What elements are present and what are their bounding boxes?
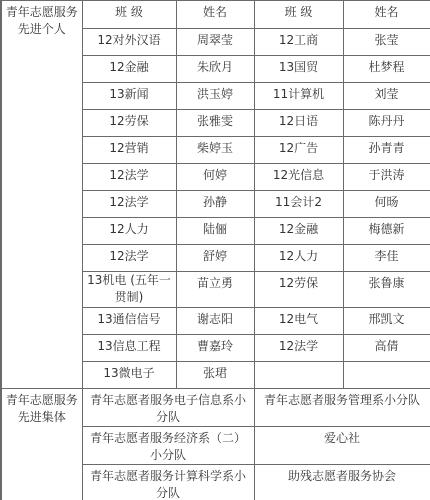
class-cell: 12人力	[254, 245, 343, 272]
name-cell: 曹嘉玲	[176, 335, 254, 362]
class-cell: 12劳保	[82, 110, 176, 137]
name-cell: 舒婷	[176, 245, 254, 272]
name-cell: 刘莹	[343, 83, 430, 110]
class-cell: 12工商	[254, 29, 343, 56]
name-cell: 洪玉婷	[176, 83, 254, 110]
header-name-2: 姓名	[343, 1, 430, 29]
class-cell: 12对外汉语	[82, 29, 176, 56]
name-cell: 苗立勇	[176, 272, 254, 308]
class-cell: 13机电 (五年一贯制)	[82, 272, 176, 308]
class-cell: 12营销	[82, 137, 176, 164]
name-cell: 何旸	[343, 191, 430, 218]
group-cell: 青年志愿者服务经济系（二）小分队	[82, 427, 254, 465]
class-cell: 12法学	[82, 191, 176, 218]
name-cell: 周翠莹	[176, 29, 254, 56]
class-cell: 13通信信号	[82, 308, 176, 335]
class-cell: 12日语	[254, 110, 343, 137]
name-cell: 谢志阳	[176, 308, 254, 335]
name-cell: 张雅雯	[176, 110, 254, 137]
class-cell: 12法学	[82, 164, 176, 191]
name-cell: 陆俪	[176, 218, 254, 245]
class-cell: 13新闻	[82, 83, 176, 110]
class-cell: 13微电子	[82, 362, 176, 389]
class-cell: 12金融	[254, 218, 343, 245]
class-cell: 12劳保	[254, 272, 343, 308]
name-cell: 张莹	[343, 29, 430, 56]
class-cell: 12法学	[254, 335, 343, 362]
class-cell: 13国贸	[254, 56, 343, 83]
group-cell: 青年志愿者服务电子信息系小分队	[82, 389, 254, 427]
header-class-2: 班 级	[254, 1, 343, 29]
header-row: 青年志愿服务先进个人 班 级 姓名 班 级 姓名	[1, 1, 430, 29]
name-cell: 柴婷玉	[176, 137, 254, 164]
name-cell	[343, 362, 430, 389]
name-cell: 李佳	[343, 245, 430, 272]
name-cell: 何婷	[176, 164, 254, 191]
name-cell: 杜梦程	[343, 56, 430, 83]
class-cell: 12金融	[82, 56, 176, 83]
name-cell: 张珺	[176, 362, 254, 389]
name-cell: 邢凯文	[343, 308, 430, 335]
name-cell: 孙静	[176, 191, 254, 218]
group-category-label: 青年志愿服务先进集体	[6, 393, 78, 424]
group-row: 青年志愿服务先进集体 青年志愿者服务电子信息系小分队 青年志愿者服务管理系小分队	[1, 389, 430, 427]
individual-category-label: 青年志愿服务先进个人	[6, 5, 78, 36]
name-cell: 张鲁康	[343, 272, 430, 308]
class-cell	[254, 362, 343, 389]
group-category-cell: 青年志愿服务先进集体	[1, 389, 82, 500]
name-cell: 高倩	[343, 335, 430, 362]
class-cell: 12电气	[254, 308, 343, 335]
name-cell: 梅德新	[343, 218, 430, 245]
group-cell: 青年志愿者服务计算科学系小分队	[82, 465, 254, 500]
name-cell: 孙青青	[343, 137, 430, 164]
class-cell: 13信息工程	[82, 335, 176, 362]
class-cell: 12法学	[82, 245, 176, 272]
group-cell: 爱心社	[254, 427, 430, 465]
class-cell: 12广告	[254, 137, 343, 164]
name-cell: 陈丹丹	[343, 110, 430, 137]
header-class-1: 班 级	[82, 1, 176, 29]
header-name-1: 姓名	[176, 1, 254, 29]
honor-table: 青年志愿服务先进个人 班 级 姓名 班 级 姓名 12对外汉语 周翠莹 12工商…	[0, 0, 430, 500]
individual-category-cell: 青年志愿服务先进个人	[1, 1, 82, 389]
class-cell: 12人力	[82, 218, 176, 245]
name-cell: 朱欣月	[176, 56, 254, 83]
class-cell: 11计算机	[254, 83, 343, 110]
group-cell: 青年志愿者服务管理系小分队	[254, 389, 430, 427]
class-cell: 12光信息	[254, 164, 343, 191]
name-cell: 于洪涛	[343, 164, 430, 191]
group-cell: 助残志愿者服务协会	[254, 465, 430, 500]
class-cell: 11会计2	[254, 191, 343, 218]
